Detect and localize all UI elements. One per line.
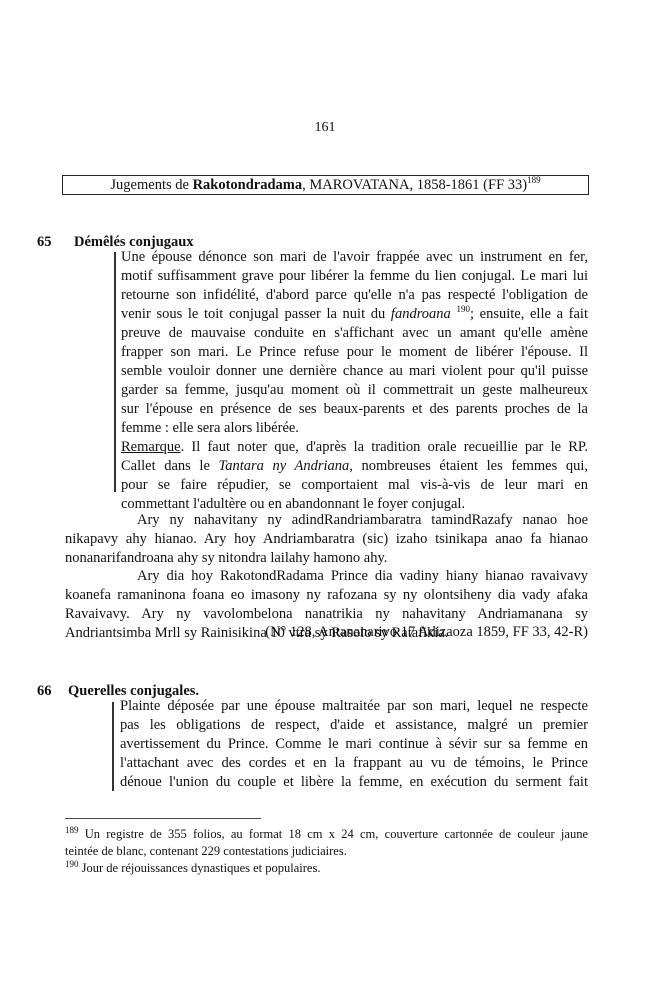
malagasy-line: Ary ny nahavitany ny adindRandriambaratr… xyxy=(65,511,588,530)
remarque-label: Remarque xyxy=(121,439,181,455)
footnote-ref-190[interactable]: 190 xyxy=(456,304,470,314)
summary-line: femme : elle sera alors libérée. xyxy=(121,419,588,438)
header-suffix: , MAROVATANA, 1858-1861 (FF 33) xyxy=(302,177,527,193)
book-title: Tantara ny Andriana xyxy=(218,458,349,474)
page-number: 161 xyxy=(0,120,650,136)
footnote-line: teintée de blanc, contenant 229 contesta… xyxy=(65,843,588,860)
summary-line: motif suffisamment grave pour libérer la… xyxy=(121,267,588,286)
summary-line: garder sa femme, jusqu'au moment où il c… xyxy=(121,381,588,400)
summary-line: pas les obligations de respect, d'aide e… xyxy=(120,716,588,735)
summary-line: semble vouloir donner une dernière chanc… xyxy=(121,362,588,381)
source-reference-65: (N° 128, Antananarivo 17 Adizaoza 1859, … xyxy=(200,624,588,641)
footnote-189: 189 Un registre de 355 folios, au format… xyxy=(65,826,588,860)
malagasy-line: Ravaivavy. Ary ny vavolombelona nanatrik… xyxy=(65,605,588,624)
malagasy-line: koanefa ramaninona foana eo imasony ny r… xyxy=(65,586,588,605)
summary-line: avertissement du Prince. Comme le mari c… xyxy=(120,735,588,754)
summary-line: Plainte déposée par une épouse maltraité… xyxy=(120,697,588,716)
summary-line: Une épouse dénonce son mari de l'avoir f… xyxy=(121,248,588,267)
entry-number-65: 65 xyxy=(37,234,52,251)
summary-line: preuve de mauvaise conduite en s'afficha… xyxy=(121,324,588,343)
summary-line: sur l'épouse en présence de ses beaux-pa… xyxy=(121,400,588,419)
footnote-ref-189[interactable]: 189 xyxy=(527,175,541,185)
summary-line: l'attachant avec des cordes et en la fra… xyxy=(120,754,588,773)
remarque-line: Remarque. Il faut noter que, d'après la … xyxy=(121,438,588,457)
malagasy-line: nikapavy ahy hianao. Ary hoy Andriambara… xyxy=(65,530,588,549)
summary-line: retourne son infidélité, d'abord parce q… xyxy=(121,286,588,305)
footnote-line: 189 Un registre de 355 folios, au format… xyxy=(65,826,588,843)
footnote-line: 190 Jour de réjouissances dynastiques et… xyxy=(65,860,588,877)
malagasy-text-p1: Ary ny nahavitany ny adindRandriambaratr… xyxy=(65,511,588,568)
footnote-190: 190 Jour de réjouissances dynastiques et… xyxy=(65,860,588,877)
section-header: Jugements de Rakotondradama, MAROVATANA,… xyxy=(62,175,589,195)
footnote-divider xyxy=(65,818,261,819)
summary-bar-65 xyxy=(114,252,116,492)
entry-number-66: 66 xyxy=(37,683,52,700)
fandroana-term: fandroana xyxy=(391,306,451,322)
entry-summary-66: Plainte déposée par une épouse maltraité… xyxy=(120,697,588,792)
remarque-line: Callet dans le Tantara ny Andriana, nomb… xyxy=(121,457,588,476)
summary-line: frapper son mari. Le Prince refuse pour … xyxy=(121,343,588,362)
malagasy-line: Ary dia hoy RakotondRadama Prince dia va… xyxy=(65,567,588,586)
footnote-number: 189 xyxy=(65,825,79,835)
footnote-number: 190 xyxy=(65,859,79,869)
header-name: Rakotondradama xyxy=(193,177,303,193)
summary-bar-66 xyxy=(112,702,114,791)
malagasy-line: nonanarifandroana ahy sy nitondra lailah… xyxy=(65,549,588,568)
entry-summary-65: Une épouse dénonce son mari de l'avoir f… xyxy=(121,248,588,514)
header-prefix: Jugements de xyxy=(110,177,192,193)
remarque-line: pour se faire répudier, se comportaient … xyxy=(121,476,588,495)
summary-line: dénoue l'union du couple et libère la fe… xyxy=(120,773,588,792)
summary-line: venir sous le toit conjugal passer la nu… xyxy=(121,305,588,324)
